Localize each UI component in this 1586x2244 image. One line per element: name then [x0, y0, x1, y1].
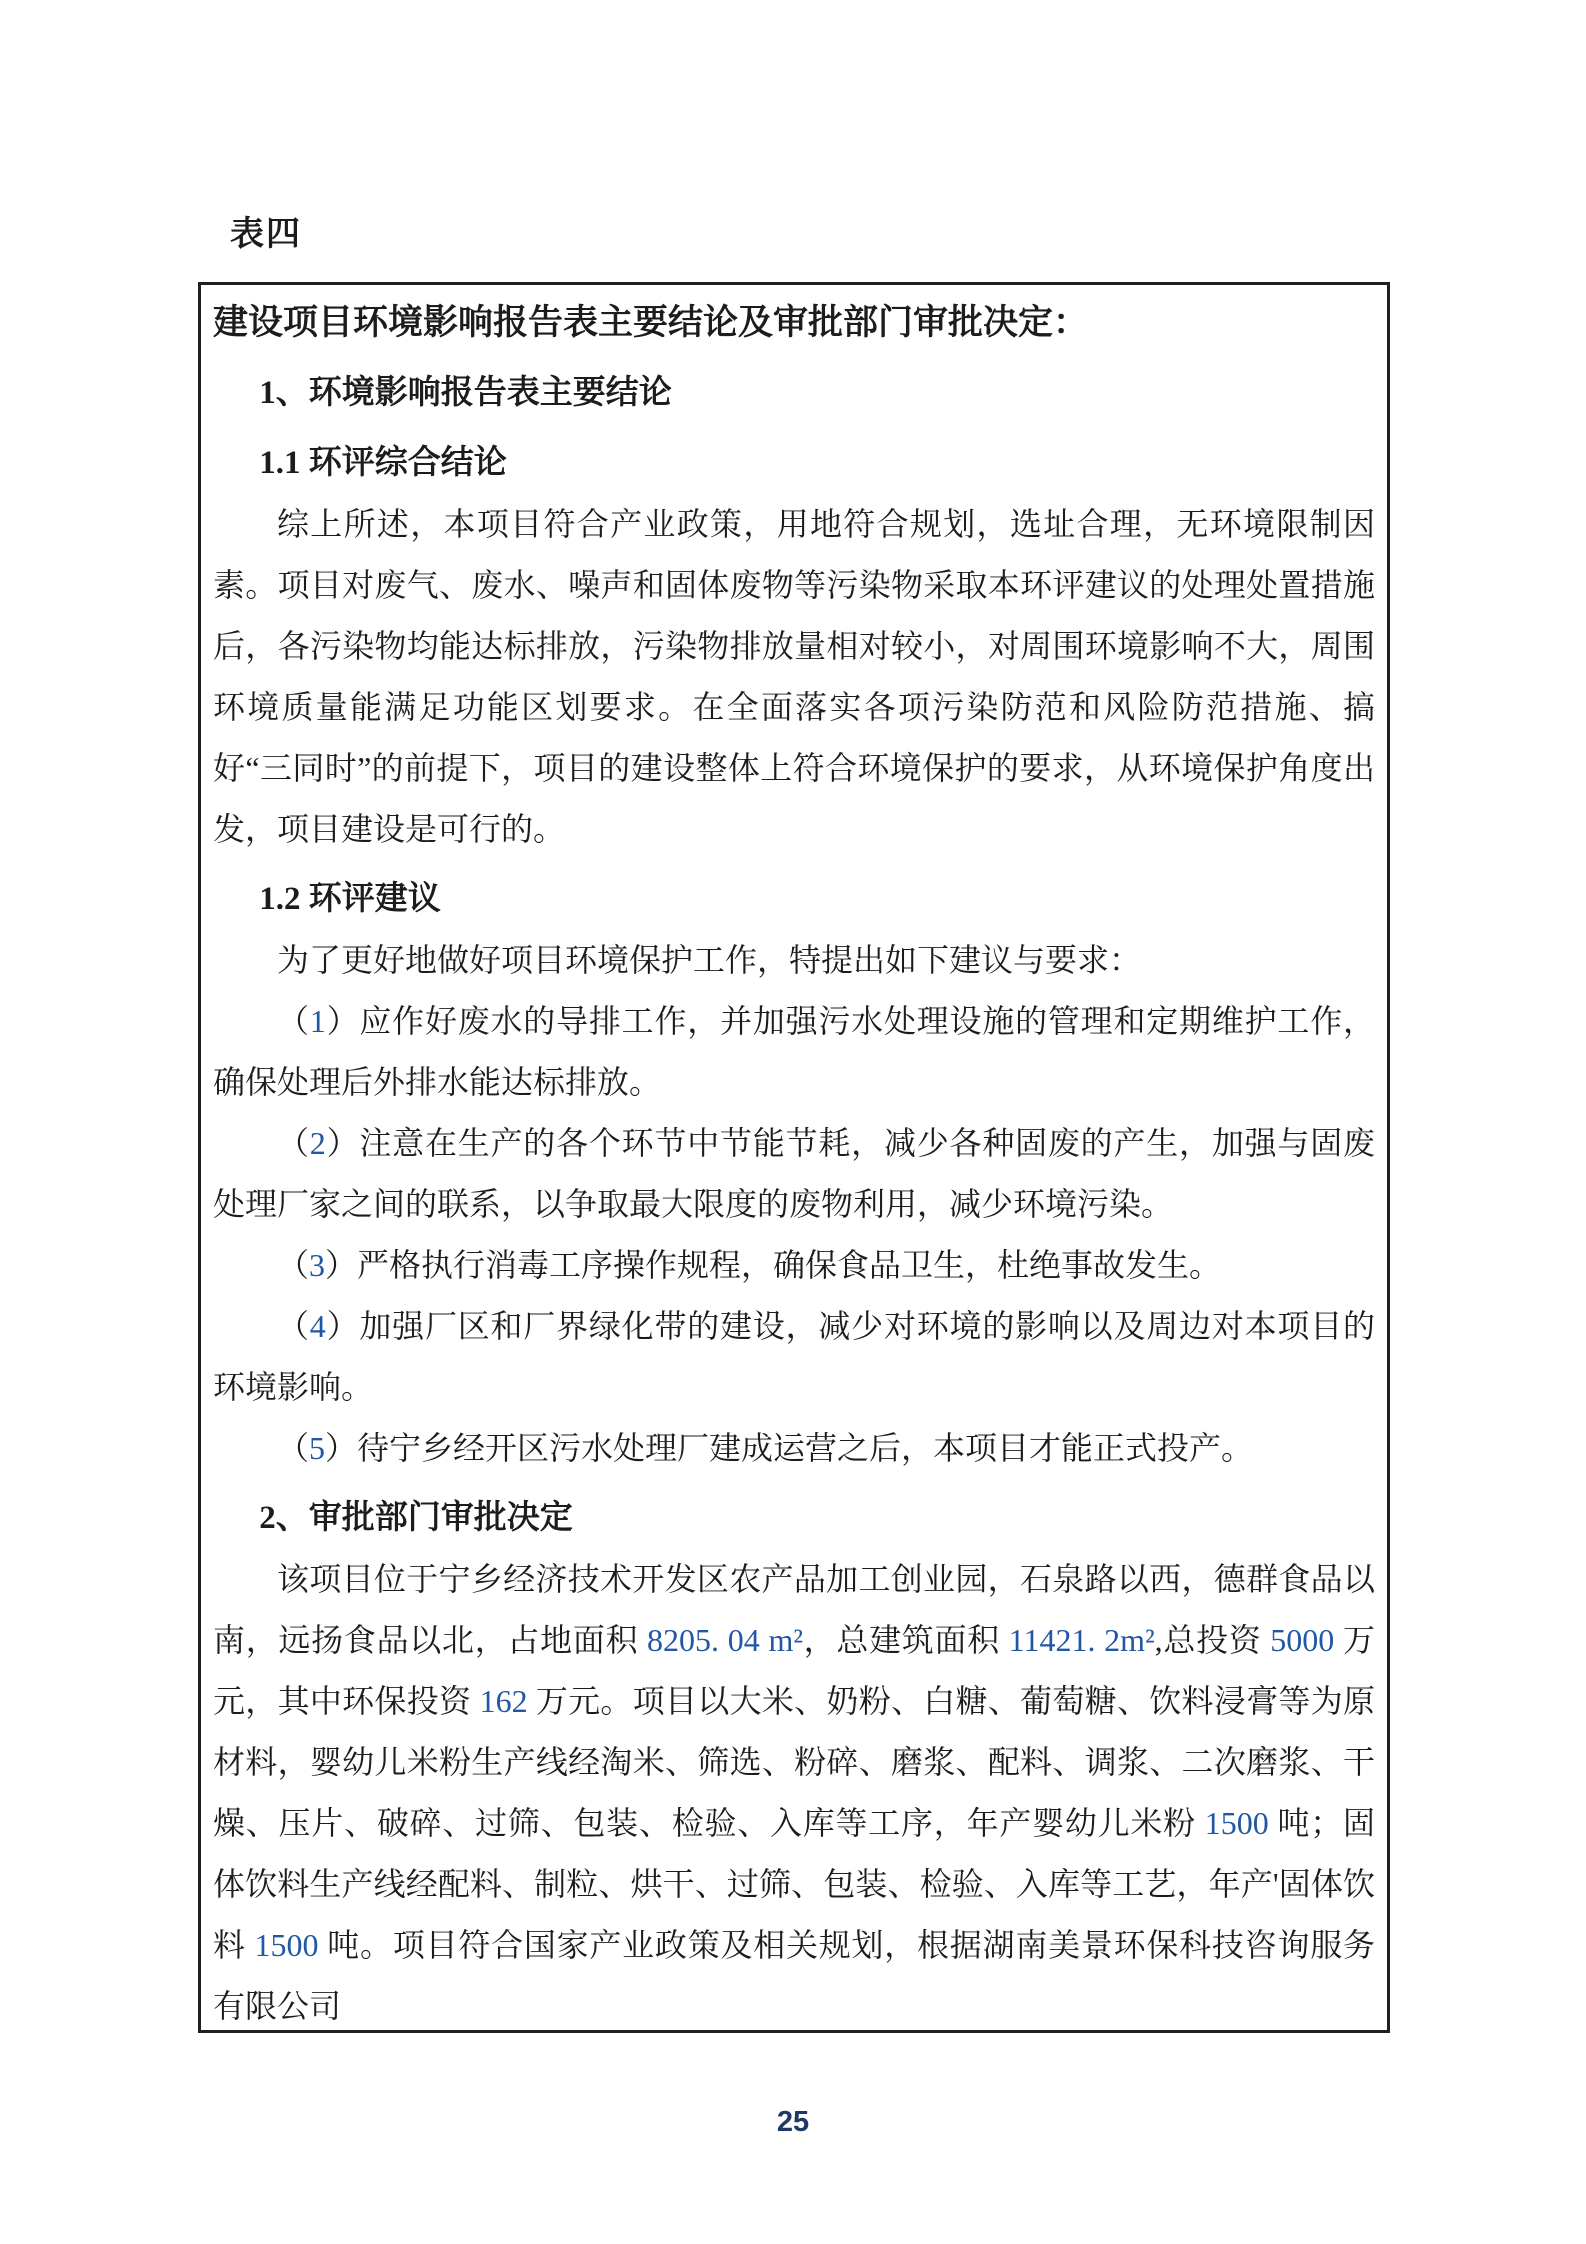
text-run: ）应作好废水的导排工作，并加强污水处理设施的管理和定期维护工作，确保处理后外排水… — [213, 1003, 1375, 1100]
text-run: ，总建筑面积 — [803, 1622, 1009, 1658]
text-run: （ — [277, 1003, 310, 1039]
section-heading: 1、环境影响报告表主要结论 — [213, 363, 1375, 424]
text-run: （ — [277, 1247, 309, 1283]
document-page: { "page": { "table_label": "表四", "page_n… — [0, 0, 1586, 2244]
text-run: 综上所述，本项目符合产业政策，用地符合规划，选址合理，无环境限制因素。项目对废气… — [213, 506, 1375, 847]
paragraph: （1）应作好废水的导排工作，并加强污水处理设施的管理和定期维护工作，确保处理后外… — [213, 991, 1375, 1113]
paragraph: 为了更好地做好项目环境保护工作，特提出如下建议与要求： — [213, 930, 1375, 991]
paragraph: （5）待宁乡经开区污水处理厂建成运营之后，本项目才能正式投产。 — [213, 1418, 1375, 1479]
report-box-title: 建设项目环境影响报告表主要结论及审批部门审批决定： — [213, 295, 1375, 351]
numeric-value: 5000 — [1270, 1622, 1334, 1658]
numeric-value: 8205. 04 m² — [647, 1622, 803, 1658]
text-run: 1、环境影响报告表主要结论 — [259, 375, 672, 411]
text-run: 吨。项目符合国家产业政策及相关规划，根据湖南美景环保科技咨询服务有限公司 — [213, 1927, 1375, 2024]
section-heading: 1.1 环评综合结论 — [213, 433, 1375, 494]
page-number: 25 — [0, 2106, 1586, 2139]
numeric-value: 1 — [310, 1003, 326, 1039]
paragraph: （3）严格执行消毒工序操作规程，确保食品卫生，杜绝事故发生。 — [213, 1235, 1375, 1296]
numeric-value: 4 — [310, 1308, 326, 1344]
text-run: （ — [277, 1125, 310, 1161]
text-run: 1.2 环评建议 — [259, 881, 441, 917]
text-run: ）待宁乡经开区污水处理厂建成运营之后，本项目才能正式投产。 — [325, 1430, 1253, 1466]
numeric-value: 3 — [309, 1247, 325, 1283]
text-run: 2、审批部门审批决定 — [259, 1500, 573, 1536]
numeric-value: 1500 — [1205, 1805, 1269, 1841]
text-run: ,总投资 — [1155, 1622, 1271, 1658]
table-four-label: 表四 — [230, 206, 302, 255]
text-run: 为了更好地做好项目环境保护工作，特提出如下建议与要求： — [277, 942, 1141, 978]
numeric-value: 11421. 2m² — [1009, 1622, 1155, 1658]
numeric-value: 162 — [480, 1683, 528, 1719]
report-box-content: 1、环境影响报告表主要结论1.1 环评综合结论综上所述，本项目符合产业政策，用地… — [213, 363, 1375, 2033]
paragraph: （4）加强厂区和厂界绿化带的建设，减少对环境的影响以及周边对本项目的环境影响。 — [213, 1296, 1375, 1418]
paragraph: 该项目位于宁乡经济技术开发区农产品加工创业园，石泉路以西，德群食品以南，远扬食品… — [213, 1549, 1375, 2033]
text-run: ）严格执行消毒工序操作规程，确保食品卫生，杜绝事故发生。 — [325, 1247, 1221, 1283]
text-run: （ — [277, 1308, 310, 1344]
report-conclusion-box: 建设项目环境影响报告表主要结论及审批部门审批决定： 1、环境影响报告表主要结论1… — [198, 282, 1390, 2033]
paragraph: （2）注意在生产的各个环节中节能节耗，减少各种固废的产生，加强与固废处理厂家之间… — [213, 1113, 1375, 1235]
text-run: （ — [277, 1430, 309, 1466]
numeric-value: 2 — [310, 1125, 326, 1161]
text-run: ）加强厂区和厂界绿化带的建设，减少对环境的影响以及周边对本项目的环境影响。 — [213, 1308, 1375, 1405]
section-heading: 1.2 环评建议 — [213, 869, 1375, 930]
numeric-value: 1500 — [255, 1927, 319, 1963]
section-heading: 2、审批部门审批决定 — [213, 1488, 1375, 1549]
text-run: 1.1 环评综合结论 — [259, 445, 507, 481]
text-run: ）注意在生产的各个环节中节能节耗，减少各种固废的产生，加强与固废处理厂家之间的联… — [213, 1125, 1375, 1222]
numeric-value: 5 — [309, 1430, 325, 1466]
paragraph: 综上所述，本项目符合产业政策，用地符合规划，选址合理，无环境限制因素。项目对废气… — [213, 494, 1375, 860]
